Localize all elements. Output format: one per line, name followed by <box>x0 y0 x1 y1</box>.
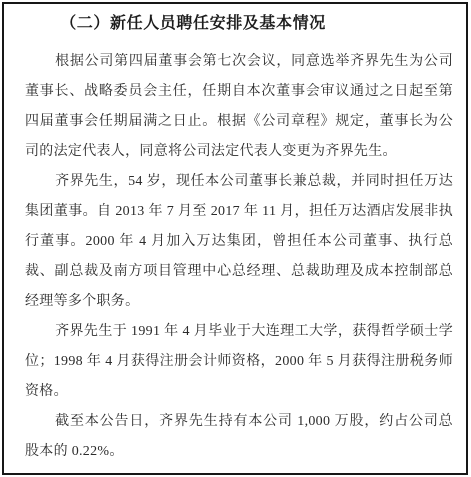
paragraph-education: 齐界先生于 1991 年 4 月毕业于大连理工大学，获得哲学硕士学位；1998 … <box>25 317 453 407</box>
paragraph-appointment: 根据公司第四届董事会第七次会议，同意选举齐界先生为公司董事长、战略委员会主任，任… <box>25 47 453 167</box>
paragraph-career: 齐界先生，54 岁，现任本公司董事长兼总裁，并同时担任万达集团董事。自 2013… <box>25 167 453 317</box>
paragraph-shareholding: 截至本公告日，齐界先生持有本公司 1,000 万股，约占公司总股本的 0.22%… <box>25 407 453 467</box>
document-page: （二）新任人员聘任安排及基本情况 根据公司第四届董事会第七次会议，同意选举齐界先… <box>0 0 471 477</box>
section-heading: （二）新任人员聘任安排及基本情况 <box>25 10 453 38</box>
document-content: （二）新任人员聘任安排及基本情况 根据公司第四届董事会第七次会议，同意选举齐界先… <box>25 10 453 467</box>
